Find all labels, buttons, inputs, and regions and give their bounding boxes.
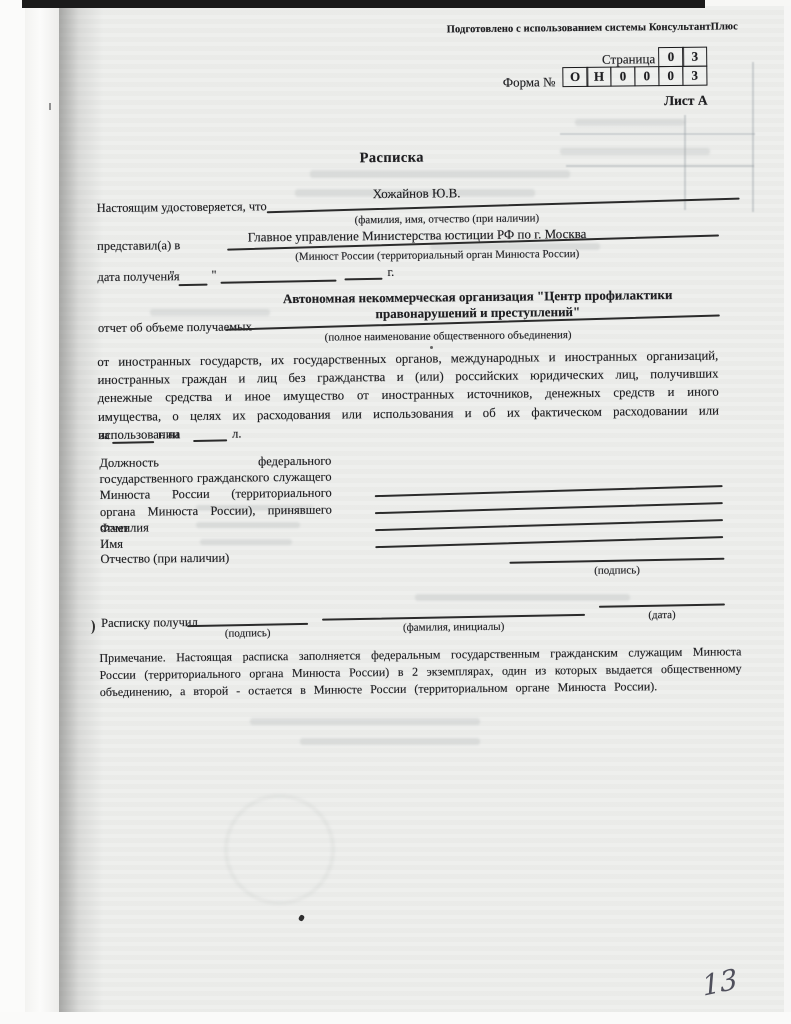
official-surname-label: Фамилия [100,520,149,536]
form-box-6: 3 [682,66,708,86]
certify-caption: (фамилия, имя, отчество (при наличии) [277,212,617,228]
receipt-name-caption: (фамилия, инициалы) [322,620,585,635]
official-patronymic-label: Отчество (при наличии) [100,551,229,567]
receipt-date-caption: (дата) [599,608,725,621]
submitted-caption: (Минюст России (территориальный орган Ми… [267,248,607,264]
period-za-label: за [99,428,110,443]
form-box-4: 0 [634,66,660,86]
page-box-2: 3 [682,47,708,67]
form-number-label: Форма № [503,74,556,91]
note-paragraph: Примечание. Настоящая расписка заполняет… [99,643,741,701]
form-box-2: Н [586,67,612,87]
official-firstname-label: Имя [100,537,123,552]
form-box-5: 0 [658,66,684,86]
date-year-suffix: г. [387,265,394,280]
body-paragraph: от иностранных государств, их государств… [97,347,719,445]
sheet-label: Лист А [664,93,708,109]
receipt-signature-caption: (подпись) [187,627,308,640]
certify-value: Хожайнов Ю.В. [267,184,567,203]
certify-label: Настоящим удостоверяется, что [97,199,267,216]
official-field-line-3 [375,519,723,531]
report-caption: (полное наименование общественного объед… [268,328,628,344]
date-year-line [344,278,382,280]
scanned-receipt-page: Подготовлено с использованием системы Ко… [0,0,791,1024]
official-signature-line [509,558,724,564]
document-content: Подготовлено с использованием системы Ко… [0,0,791,1024]
period-gna-label: г. на [158,427,180,442]
date-day-line [179,284,208,286]
receipt-received-label: Расписку получил [101,615,198,631]
form-box-1: О [562,67,588,87]
official-field-line-4 [375,536,723,548]
date-month-line [221,280,337,284]
page-number-boxes: 0 3 [658,47,706,67]
form-number-boxes: О Н 0 0 0 3 [562,66,706,87]
page-box-1: 0 [658,47,684,67]
date-quote-open: " [169,268,174,283]
receipt-date-line [599,603,725,607]
page-title: Расписка [0,146,787,171]
official-field-line-1 [375,485,723,497]
period-l-label: л. [232,427,242,442]
consultantplus-note: Подготовлено с использованием системы Ко… [447,21,738,35]
submitted-label: представил(а) в [97,238,180,254]
form-box-3: 0 [610,66,636,86]
official-field-line-2 [375,502,723,514]
receive-date-label: дата получения [97,269,179,285]
date-quote-close: " [211,268,216,283]
official-signature-caption: (подпись) [510,563,725,577]
